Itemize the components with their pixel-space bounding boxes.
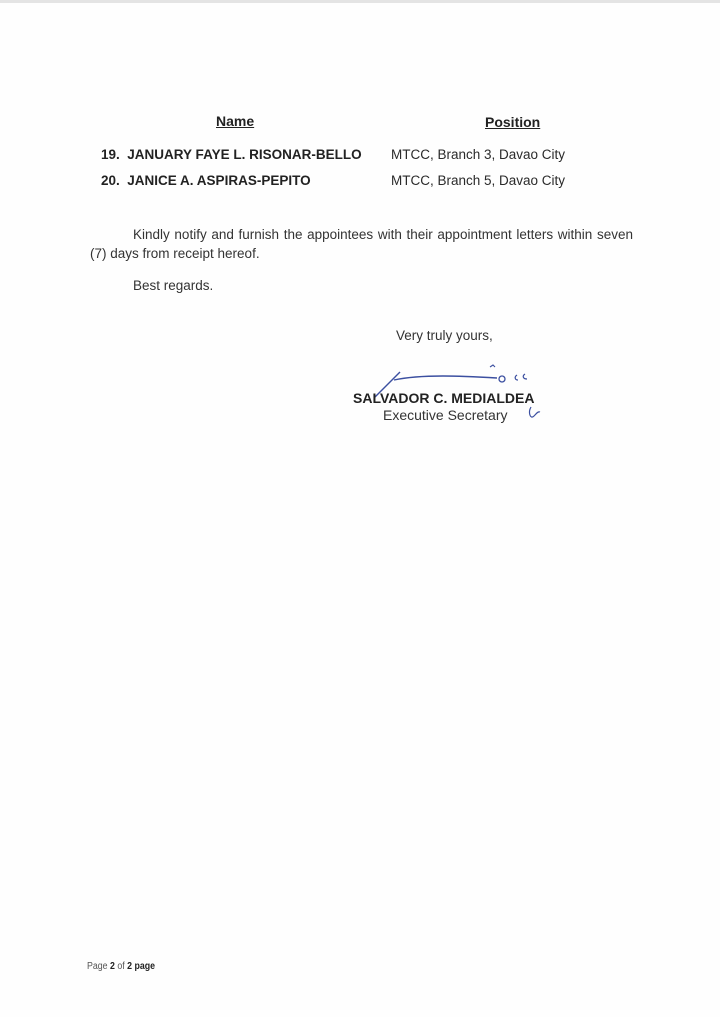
footer-total-pages: 2 [127, 961, 132, 972]
footer-suffix: page [134, 961, 155, 972]
column-header-position: Position [485, 114, 540, 130]
appointee-name-text: JANICE A. ASPIRAS-PEPITO [127, 173, 310, 188]
footer-current-page: 2 [110, 961, 115, 972]
footer-of-word: of [117, 961, 124, 972]
appointee-number: 20. [101, 173, 120, 188]
signatory-name: SALVADOR C. MEDIALDEA [353, 390, 534, 406]
appointee-position: MTCC, Branch 5, Davao City [391, 173, 565, 188]
footer-page-word: Page [87, 961, 108, 972]
appointee-name-text: JANUARY FAYE L. RISONAR-BELLO [127, 147, 361, 162]
instruction-paragraph: Kindly notify and furnish the appointees… [90, 225, 633, 263]
appointee-number: 19. [101, 147, 120, 162]
closing-line: Best regards. [133, 278, 213, 293]
valediction: Very truly yours, [396, 328, 493, 343]
appointee-name: 20. JANICE A. ASPIRAS-PEPITO [101, 173, 311, 188]
column-header-name: Name [216, 113, 254, 129]
page-footer: Page 2 of 2 page [87, 961, 155, 972]
appointee-name: 19. JANUARY FAYE L. RISONAR-BELLO [101, 147, 362, 162]
signatory-title: Executive Secretary [383, 407, 508, 423]
appointee-position: MTCC, Branch 3, Davao City [391, 147, 565, 162]
